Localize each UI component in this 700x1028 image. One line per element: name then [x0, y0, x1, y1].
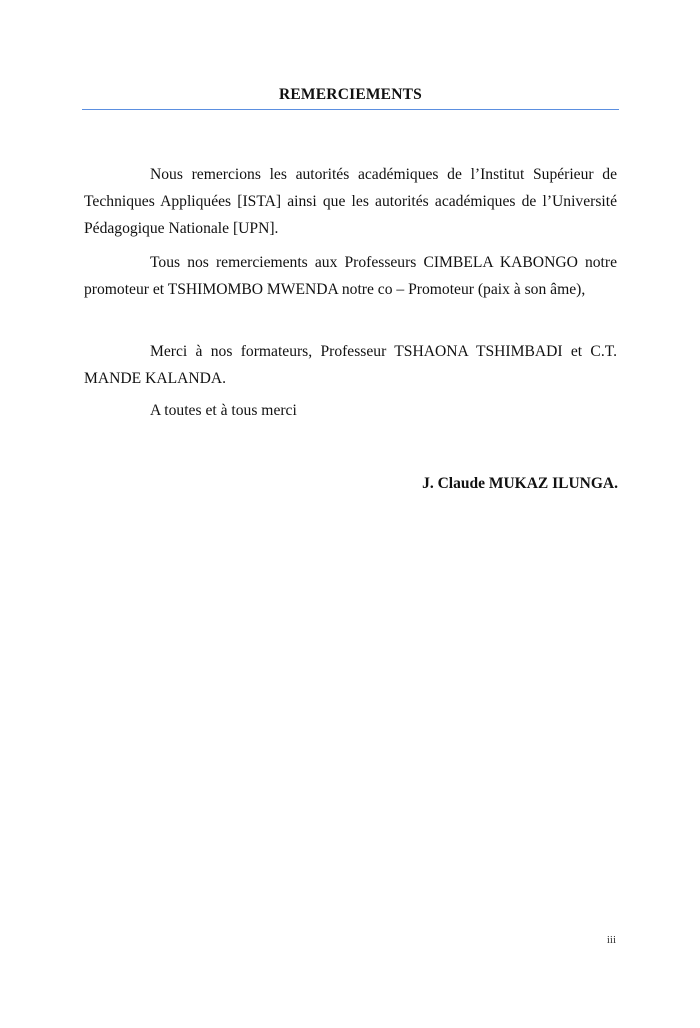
title-underline: [82, 109, 619, 110]
paragraph-thanks-professors: Tous nos remerciements aux Professeurs C…: [84, 249, 617, 303]
document-page: REMERCIEMENTS Nous remercions les autori…: [0, 0, 700, 1028]
signature: J. Claude MUKAZ ILUNGA.: [422, 475, 618, 493]
paragraph-thanks-authorities: Nous remercions les autorités académique…: [84, 161, 617, 242]
paragraph-thanks-all: A toutes et à tous merci: [84, 397, 617, 424]
page-title: REMERCIEMENTS: [82, 86, 619, 104]
page-number: iii: [607, 934, 616, 946]
paragraph-thanks-trainers: Merci à nos formateurs, Professeur TSHAO…: [84, 338, 617, 392]
